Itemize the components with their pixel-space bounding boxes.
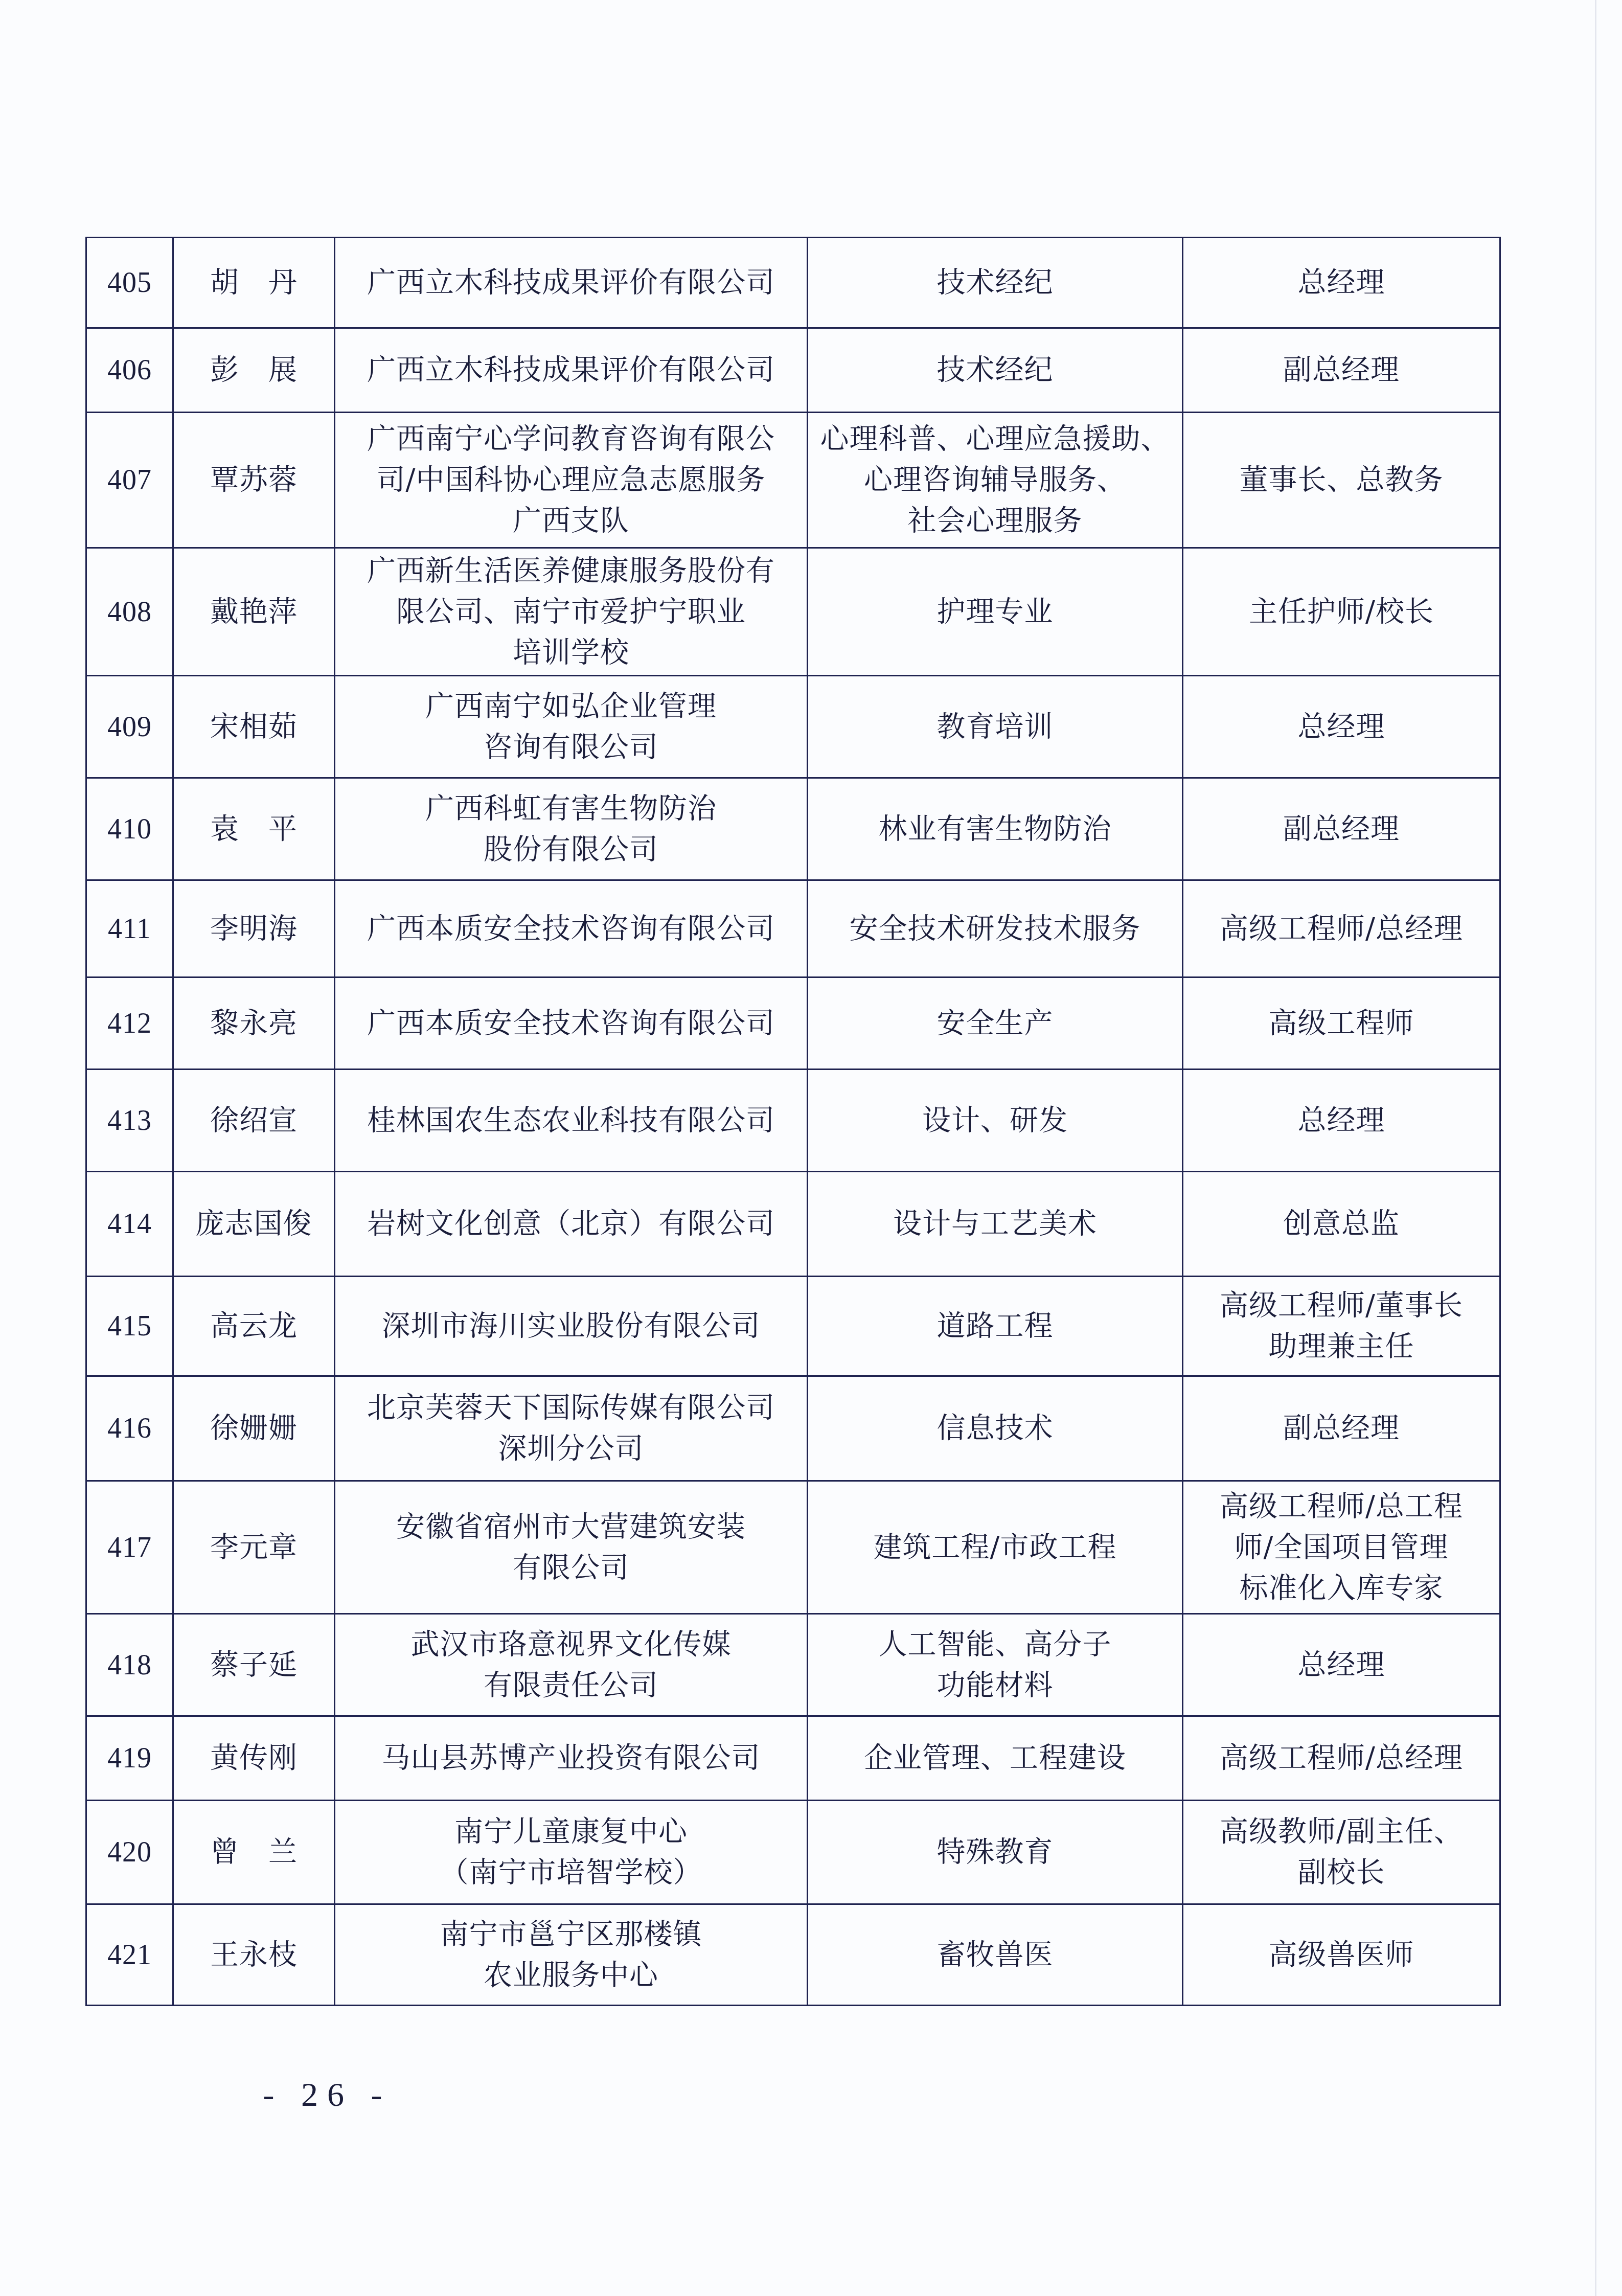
job-title-cell: 创意总监 — [1183, 1172, 1500, 1277]
table-row: 417李元章安徽省宿州市大营建筑安装 有限公司建筑工程/市政工程高级工程师/总工… — [86, 1481, 1500, 1614]
specialty-field-cell: 设计与工艺美术 — [808, 1172, 1183, 1277]
specialty-field-cell: 心理科普、心理应急援助、 心理咨询辅导服务、 社会心理服务 — [808, 413, 1183, 548]
specialty-field-cell: 护理专业 — [808, 548, 1183, 676]
row-number-cell: 405 — [86, 238, 173, 328]
person-name-cell: 黄传刚 — [173, 1716, 335, 1801]
table-row: 414庞志国俊岩树文化创意（北京）有限公司设计与工艺美术创意总监 — [86, 1172, 1500, 1277]
organization-cell: 南宁儿童康复中心 （南宁市培智学校） — [335, 1801, 808, 1904]
table-row: 416徐姗姗北京芙蓉天下国际传媒有限公司 深圳分公司信息技术副总经理 — [86, 1376, 1500, 1481]
person-name-cell: 戴艳萍 — [173, 548, 335, 676]
specialty-field-cell: 信息技术 — [808, 1376, 1183, 1481]
specialty-field-cell: 设计、研发 — [808, 1070, 1183, 1172]
job-title-cell: 副总经理 — [1183, 1376, 1500, 1481]
row-number-cell: 417 — [86, 1481, 173, 1614]
job-title-cell: 董事长、总教务 — [1183, 413, 1500, 548]
specialty-field-cell: 建筑工程/市政工程 — [808, 1481, 1183, 1614]
row-number-cell: 421 — [86, 1904, 173, 2006]
organization-cell: 武汉市珞意视界文化传媒 有限责任公司 — [335, 1614, 808, 1716]
specialty-field-cell: 企业管理、工程建设 — [808, 1716, 1183, 1801]
row-number-cell: 410 — [86, 778, 173, 880]
person-name-cell: 徐绍宣 — [173, 1070, 335, 1172]
specialty-field-cell: 畜牧兽医 — [808, 1904, 1183, 2006]
person-name-cell: 李明海 — [173, 880, 335, 977]
table-row: 412黎永亮广西本质安全技术咨询有限公司安全生产高级工程师 — [86, 977, 1500, 1070]
person-name-cell: 黎永亮 — [173, 977, 335, 1070]
specialty-field-cell: 技术经纪 — [808, 238, 1183, 328]
table-row: 413徐绍宣桂林国农生态农业科技有限公司设计、研发总经理 — [86, 1070, 1500, 1172]
person-name-cell: 庞志国俊 — [173, 1172, 335, 1277]
expert-roster-table: 405胡 丹广西立木科技成果评价有限公司技术经纪总经理406彭 展广西立木科技成… — [85, 237, 1501, 2006]
row-number-cell: 416 — [86, 1376, 173, 1481]
person-name-cell: 曾 兰 — [173, 1801, 335, 1904]
organization-cell: 广西科虹有害生物防治 股份有限公司 — [335, 778, 808, 880]
organization-cell: 广西立木科技成果评价有限公司 — [335, 328, 808, 413]
person-name-cell: 胡 丹 — [173, 238, 335, 328]
table-row: 419黄传刚马山县苏博产业投资有限公司企业管理、工程建设高级工程师/总经理 — [86, 1716, 1500, 1801]
specialty-field-cell: 安全技术研发技术服务 — [808, 880, 1183, 977]
specialty-field-cell: 教育培训 — [808, 676, 1183, 778]
table-row: 410袁 平广西科虹有害生物防治 股份有限公司林业有害生物防治副总经理 — [86, 778, 1500, 880]
row-number-cell: 415 — [86, 1277, 173, 1376]
row-number-cell: 418 — [86, 1614, 173, 1716]
organization-cell: 南宁市邕宁区那楼镇 农业服务中心 — [335, 1904, 808, 2006]
person-name-cell: 徐姗姗 — [173, 1376, 335, 1481]
job-title-cell: 高级工程师/总工程 师/全国项目管理 标准化入库专家 — [1183, 1481, 1500, 1614]
row-number-cell: 420 — [86, 1801, 173, 1904]
specialty-field-cell: 安全生产 — [808, 977, 1183, 1070]
job-title-cell: 总经理 — [1183, 1070, 1500, 1172]
table-row: 408戴艳萍广西新生活医养健康服务股份有 限公司、南宁市爱护宁职业 培训学校护理… — [86, 548, 1500, 676]
row-number-cell: 408 — [86, 548, 173, 676]
scan-page-edge — [1595, 0, 1596, 2296]
organization-cell: 广西本质安全技术咨询有限公司 — [335, 977, 808, 1070]
table-row: 415高云龙深圳市海川实业股份有限公司道路工程高级工程师/董事长 助理兼主任 — [86, 1277, 1500, 1376]
table-row: 420曾 兰南宁儿童康复中心 （南宁市培智学校）特殊教育高级教师/副主任、 副校… — [86, 1801, 1500, 1904]
table-row: 418蔡子延武汉市珞意视界文化传媒 有限责任公司人工智能、高分子 功能材料总经理 — [86, 1614, 1500, 1716]
job-title-cell: 高级教师/副主任、 副校长 — [1183, 1801, 1500, 1904]
table-row: 405胡 丹广西立木科技成果评价有限公司技术经纪总经理 — [86, 238, 1500, 328]
row-number-cell: 406 — [86, 328, 173, 413]
person-name-cell: 蔡子延 — [173, 1614, 335, 1716]
page-number: - 26 - — [225, 2076, 429, 2115]
organization-cell: 广西新生活医养健康服务股份有 限公司、南宁市爱护宁职业 培训学校 — [335, 548, 808, 676]
specialty-field-cell: 道路工程 — [808, 1277, 1183, 1376]
job-title-cell: 高级工程师/总经理 — [1183, 880, 1500, 977]
person-name-cell: 彭 展 — [173, 328, 335, 413]
organization-cell: 马山县苏博产业投资有限公司 — [335, 1716, 808, 1801]
row-number-cell: 413 — [86, 1070, 173, 1172]
organization-cell: 广西立木科技成果评价有限公司 — [335, 238, 808, 328]
organization-cell: 广西本质安全技术咨询有限公司 — [335, 880, 808, 977]
job-title-cell: 高级工程师/董事长 助理兼主任 — [1183, 1277, 1500, 1376]
job-title-cell: 副总经理 — [1183, 778, 1500, 880]
organization-cell: 广西南宁心学问教育咨询有限公 司/中国科协心理应急志愿服务 广西支队 — [335, 413, 808, 548]
job-title-cell: 高级工程师 — [1183, 977, 1500, 1070]
person-name-cell: 李元章 — [173, 1481, 335, 1614]
organization-cell: 岩树文化创意（北京）有限公司 — [335, 1172, 808, 1277]
job-title-cell: 主任护师/校长 — [1183, 548, 1500, 676]
organization-cell: 安徽省宿州市大营建筑安装 有限公司 — [335, 1481, 808, 1614]
table-row: 407覃苏蓉广西南宁心学问教育咨询有限公 司/中国科协心理应急志愿服务 广西支队… — [86, 413, 1500, 548]
specialty-field-cell: 人工智能、高分子 功能材料 — [808, 1614, 1183, 1716]
table-row: 411李明海广西本质安全技术咨询有限公司安全技术研发技术服务高级工程师/总经理 — [86, 880, 1500, 977]
row-number-cell: 407 — [86, 413, 173, 548]
specialty-field-cell: 林业有害生物防治 — [808, 778, 1183, 880]
organization-cell: 桂林国农生态农业科技有限公司 — [335, 1070, 808, 1172]
person-name-cell: 高云龙 — [173, 1277, 335, 1376]
specialty-field-cell: 特殊教育 — [808, 1801, 1183, 1904]
job-title-cell: 总经理 — [1183, 1614, 1500, 1716]
table-row: 409宋相茹广西南宁如弘企业管理 咨询有限公司教育培训总经理 — [86, 676, 1500, 778]
organization-cell: 深圳市海川实业股份有限公司 — [335, 1277, 808, 1376]
job-title-cell: 总经理 — [1183, 238, 1500, 328]
job-title-cell: 总经理 — [1183, 676, 1500, 778]
roster-table-body: 405胡 丹广西立木科技成果评价有限公司技术经纪总经理406彭 展广西立木科技成… — [86, 238, 1500, 2006]
person-name-cell: 王永枝 — [173, 1904, 335, 2006]
organization-cell: 广西南宁如弘企业管理 咨询有限公司 — [335, 676, 808, 778]
job-title-cell: 高级工程师/总经理 — [1183, 1716, 1500, 1801]
specialty-field-cell: 技术经纪 — [808, 328, 1183, 413]
organization-cell: 北京芙蓉天下国际传媒有限公司 深圳分公司 — [335, 1376, 808, 1481]
row-number-cell: 409 — [86, 676, 173, 778]
row-number-cell: 414 — [86, 1172, 173, 1277]
row-number-cell: 412 — [86, 977, 173, 1070]
job-title-cell: 高级兽医师 — [1183, 1904, 1500, 2006]
row-number-cell: 419 — [86, 1716, 173, 1801]
row-number-cell: 411 — [86, 880, 173, 977]
job-title-cell: 副总经理 — [1183, 328, 1500, 413]
table-row: 406彭 展广西立木科技成果评价有限公司技术经纪副总经理 — [86, 328, 1500, 413]
person-name-cell: 袁 平 — [173, 778, 335, 880]
person-name-cell: 宋相茹 — [173, 676, 335, 778]
table-row: 421王永枝南宁市邕宁区那楼镇 农业服务中心畜牧兽医高级兽医师 — [86, 1904, 1500, 2006]
person-name-cell: 覃苏蓉 — [173, 413, 335, 548]
